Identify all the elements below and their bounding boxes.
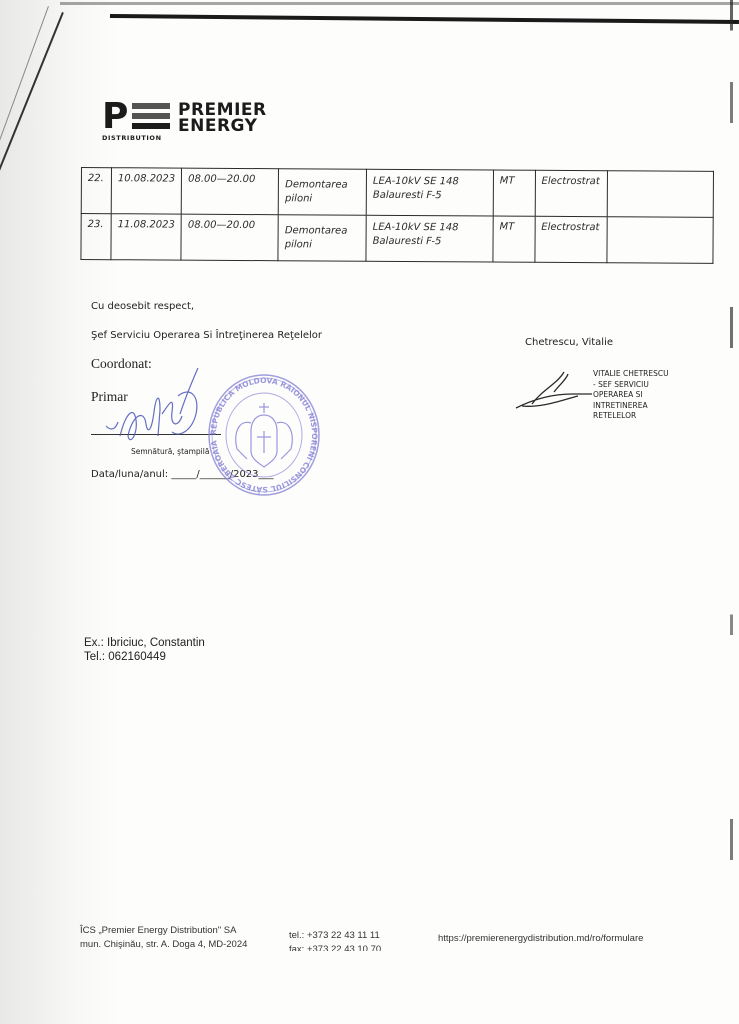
scanned-page: P PREMIER ENERGY DISTRIBUTION 22.10.08.2… bbox=[0, 0, 739, 1024]
executor-name: Ex.: Ibriciuc, Constantin bbox=[84, 636, 205, 650]
signature-caption: Semnătură, ştampilă bbox=[131, 447, 209, 456]
cell-work-type: Demontarea piloni bbox=[278, 215, 366, 262]
line-feeder: Balauresti F-5 bbox=[373, 235, 487, 250]
executor-block: Ex.: Ibriciuc, Constantin Tel.: 06216044… bbox=[84, 636, 205, 664]
cell-date: 10.08.2023 bbox=[111, 168, 182, 214]
date-label: Data/luna/anul: bbox=[91, 469, 168, 480]
page-edge-top bbox=[110, 14, 739, 24]
closing-text: Cu deosebit respect, bbox=[91, 301, 194, 312]
line-name: LEA-10kV SE 148 bbox=[373, 175, 487, 190]
handwritten-signature-icon bbox=[100, 366, 210, 456]
table-row: 22.10.08.202308.00—20.00Demontarea pilon… bbox=[81, 168, 713, 218]
cell-voltage-level: MT bbox=[493, 216, 535, 262]
cell-voltage-level: MT bbox=[493, 170, 535, 216]
official-stamp-icon: REPUBLICA MOLDOVA RAIONUL NISPORENI CONS… bbox=[207, 373, 321, 497]
digital-signature-line: VITALIE CHETRESCU bbox=[593, 369, 669, 380]
cell-line-location: LEA-10kV SE 148Balauresti F-5 bbox=[366, 169, 493, 216]
digital-signature-line: RETELELOR bbox=[593, 411, 669, 422]
logo-subtitle: DISTRIBUTION bbox=[102, 134, 162, 142]
line-feeder: Balauresti F-5 bbox=[373, 189, 487, 204]
digital-signature-line: OPERAREA SI bbox=[593, 390, 669, 401]
cell-contractor: Electrostrat bbox=[535, 170, 607, 216]
logo-brand-line2: ENERGY bbox=[178, 118, 267, 134]
signer-position: Şef Serviciu Operarea Si Întreţinerea Re… bbox=[91, 330, 322, 341]
logo-brand-name: PREMIER ENERGY bbox=[178, 102, 267, 134]
cell-line-location: LEA-10kV SE 148Balauresti F-5 bbox=[366, 215, 493, 262]
cell-note bbox=[607, 171, 714, 218]
footer-address: mun. Chişinău, str. A. Doga 4, MD-2024 bbox=[80, 938, 247, 952]
logo-letter: P bbox=[102, 102, 126, 132]
cell-time-interval: 08.00—20.00 bbox=[181, 214, 278, 261]
page-edge-right bbox=[730, 0, 733, 1024]
digital-signature-scribble-icon bbox=[512, 370, 594, 414]
executor-phone: Tel.: 062160449 bbox=[84, 650, 205, 664]
digital-signature-line: INTRETINEREA bbox=[593, 401, 669, 412]
footer-url[interactable]: https://premierenergydistribution.md/ro/… bbox=[438, 933, 643, 944]
digital-signature-block: VITALIE CHETRESCU - SEF SERVICIU OPERARE… bbox=[593, 369, 669, 422]
digital-signature-line: - SEF SERVICIU bbox=[593, 380, 669, 391]
footer-company: ÎCS „Premier Energy Distribution" SA bbox=[80, 924, 247, 938]
page-edge-top-shadow bbox=[60, 2, 739, 5]
table-row: 23.11.08.202308.00—20.00Demontarea pilon… bbox=[81, 214, 713, 264]
outage-schedule-table: 22.10.08.202308.00—20.00Demontarea pilon… bbox=[80, 167, 714, 264]
cell-date: 11.08.2023 bbox=[111, 214, 182, 260]
logo-mark-icon: P bbox=[102, 100, 172, 132]
cell-row-number: 23. bbox=[81, 214, 111, 260]
footer-company-block: ÎCS „Premier Energy Distribution" SA mun… bbox=[80, 924, 247, 952]
footer-fax: fax: +373 22 43 10 70 bbox=[289, 943, 381, 951]
line-name: LEA-10kV SE 148 bbox=[373, 221, 487, 236]
cell-row-number: 22. bbox=[81, 168, 111, 214]
fold-shadow bbox=[0, 0, 120, 1024]
cell-time-interval: 08.00—20.00 bbox=[181, 168, 278, 215]
cell-note bbox=[607, 217, 714, 264]
footer-contact-block: tel.: +373 22 43 11 11 fax: +373 22 43 1… bbox=[289, 929, 381, 951]
cell-contractor: Electrostrat bbox=[535, 216, 607, 262]
cell-work-type: Demontarea piloni bbox=[278, 169, 366, 216]
footer-tel: tel.: +373 22 43 11 11 bbox=[289, 929, 381, 943]
signer-name: Chetrescu, Vitalie bbox=[525, 337, 613, 348]
